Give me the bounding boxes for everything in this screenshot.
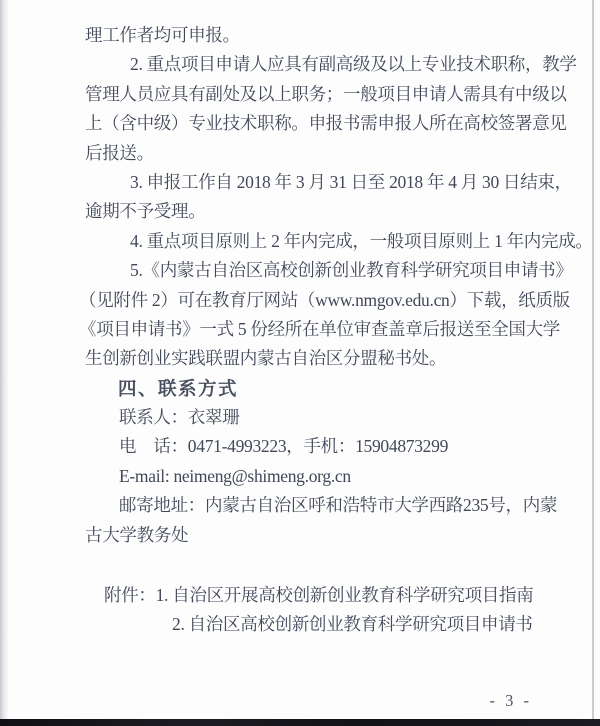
document-body: 理工作者均可申报。2. 重点项目申请人应具有副高级及以上专业技术职称，教学管理人… — [0, 21, 600, 640]
text-line: 2. 自治区高校创新创业教育科学研究项目申请书 — [0, 610, 600, 639]
text-line: E-mail: neimeng@shimeng.org.cn — [0, 462, 600, 491]
scanned-document-page: 理工作者均可申报。2. 重点项目申请人应具有副高级及以上专业技术职称，教学管理人… — [0, 0, 600, 726]
text-line: 2. 重点项目申请人应具有副高级及以上专业技术职称，教学 — [0, 50, 600, 79]
text-line: 四、联系方式 — [0, 374, 600, 403]
text-line: 后报送。 — [0, 139, 600, 168]
page-number: - 3 - — [490, 691, 533, 711]
text-line: 邮寄地址：内蒙古自治区呼和浩特市大学西路235号，内蒙 — [0, 491, 600, 520]
scan-edge-bottom-bar — [0, 719, 600, 726]
text-line: （见附件 2）可在教育厅网站（www.nmgov.edu.cn）下载，纸质版 — [0, 286, 600, 315]
text-line: 理工作者均可申报。 — [0, 21, 600, 50]
text-line: 管理人员应具有副处及以上职务；一般项目申请人需具有中级以 — [0, 80, 600, 109]
text-line: 联系人：衣翠珊 — [0, 403, 600, 432]
text-line: 电 话：0471-4993223，手机：15904873299 — [0, 432, 600, 461]
text-line: 3. 申报工作自 2018 年 3 月 31 日至 2018 年 4 月 30 … — [0, 168, 600, 197]
text-line: 逾期不予受理。 — [0, 197, 600, 226]
text-line: 5.《内蒙古自治区高校创新创业教育科学研究项目申请书》 — [0, 256, 600, 285]
text-line: 附件：1. 自治区开展高校创新创业教育科学研究项目指南 — [0, 581, 600, 610]
text-line: 古大学教务处 — [0, 521, 600, 550]
text-line: 《项目申请书》一式 5 份经所在单位审查盖章后报送至全国大学 — [0, 315, 600, 344]
text-line: 生创新创业实践联盟内蒙古自治区分盟秘书处。 — [0, 344, 600, 373]
text-line: 4. 重点项目原则上 2 年内完成，一般项目原则上 1 年内完成。 — [0, 227, 600, 256]
text-line: 上（含中级）专业技术职称。申报书需申报人所在高校签署意见 — [0, 109, 600, 138]
